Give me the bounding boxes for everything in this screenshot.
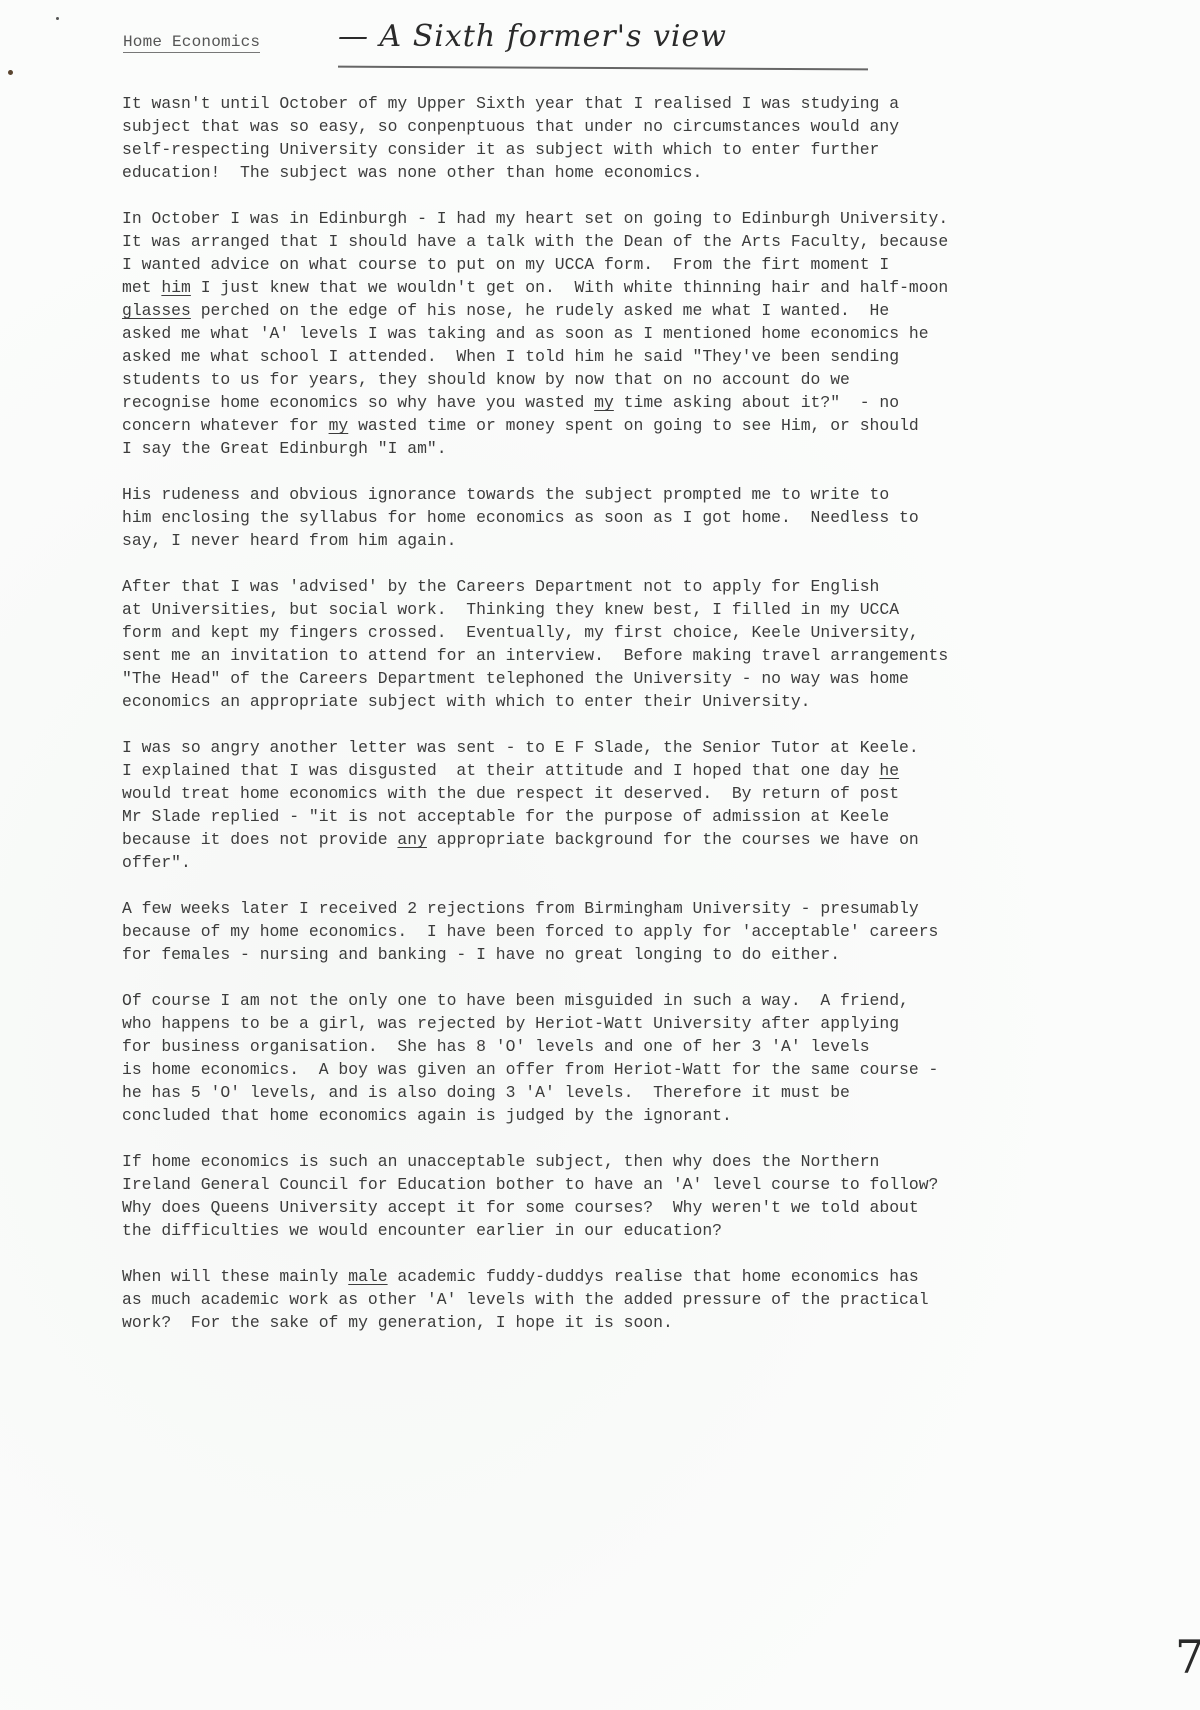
text-line: say, I never heard from him again. bbox=[122, 529, 1112, 552]
scan-speck bbox=[8, 70, 13, 75]
text-line: economics an appropriate subject with wh… bbox=[122, 690, 1112, 713]
text-line: self-respecting University consider it a… bbox=[122, 138, 1112, 161]
text-line: I explained that I was disgusted at thei… bbox=[122, 759, 1112, 782]
text-line: him enclosing the syllabus for home econ… bbox=[122, 506, 1112, 529]
text-line: at Universities, but social work. Thinki… bbox=[122, 598, 1112, 621]
paragraph: Of course I am not the only one to have … bbox=[122, 989, 1112, 1127]
text-line: Of course I am not the only one to have … bbox=[122, 989, 1112, 1012]
paragraph: His rudeness and obvious ignorance towar… bbox=[122, 483, 1112, 552]
typed-heading: Home Economics bbox=[123, 33, 260, 53]
letter-body: It wasn't until October of my Upper Sixt… bbox=[122, 92, 1112, 1357]
text-line: concluded that home economics again is j… bbox=[122, 1104, 1112, 1127]
paragraph: When will these mainly male academic fud… bbox=[122, 1265, 1112, 1334]
text-line: for females - nursing and banking - I ha… bbox=[122, 943, 1112, 966]
text-line: After that I was 'advised' by the Career… bbox=[122, 575, 1112, 598]
text-line: asked me what 'A' levels I was taking an… bbox=[122, 322, 1112, 345]
text-line: students to us for years, they should kn… bbox=[122, 368, 1112, 391]
text-line: Ireland General Council for Education bo… bbox=[122, 1173, 1112, 1196]
underlined-word: glasses bbox=[122, 301, 191, 320]
text-line: subject that was so easy, so conpenptuou… bbox=[122, 115, 1112, 138]
text-line: recognise home economics so why have you… bbox=[122, 391, 1112, 414]
paragraph: In October I was in Edinburgh - I had my… bbox=[122, 207, 1112, 460]
text-line: because of my home economics. I have bee… bbox=[122, 920, 1112, 943]
heading-row: Home Economics — A Sixth former's view bbox=[123, 25, 883, 85]
text-line: work? For the sake of my generation, I h… bbox=[122, 1311, 1112, 1334]
paragraph: I was so angry another letter was sent -… bbox=[122, 736, 1112, 874]
text-line: In October I was in Edinburgh - I had my… bbox=[122, 207, 1112, 230]
text-line: offer". bbox=[122, 851, 1112, 874]
scan-speck bbox=[56, 17, 59, 20]
text-line: Mr Slade replied - "it is not acceptable… bbox=[122, 805, 1112, 828]
text-line: sent me an invitation to attend for an i… bbox=[122, 644, 1112, 667]
underlined-word: him bbox=[161, 278, 191, 297]
paragraph: If home economics is such an unacceptabl… bbox=[122, 1150, 1112, 1242]
text-line: I was so angry another letter was sent -… bbox=[122, 736, 1112, 759]
text-line: It wasn't until October of my Upper Sixt… bbox=[122, 92, 1112, 115]
paragraph: A few weeks later I received 2 rejection… bbox=[122, 897, 1112, 966]
underlined-word: my bbox=[329, 416, 349, 435]
text-line: glasses perched on the edge of his nose,… bbox=[122, 299, 1112, 322]
underlined-word: male bbox=[348, 1267, 387, 1286]
text-line: would treat home economics with the due … bbox=[122, 782, 1112, 805]
text-line: When will these mainly male academic fud… bbox=[122, 1265, 1112, 1288]
text-line: It was arranged that I should have a tal… bbox=[122, 230, 1112, 253]
text-line: education! The subject was none other th… bbox=[122, 161, 1112, 184]
paragraph: After that I was 'advised' by the Career… bbox=[122, 575, 1112, 713]
text-line: who happens to be a girl, was rejected b… bbox=[122, 1012, 1112, 1035]
paragraph: It wasn't until October of my Upper Sixt… bbox=[122, 92, 1112, 184]
text-line: met him I just knew that we wouldn't get… bbox=[122, 276, 1112, 299]
underlined-word: he bbox=[879, 761, 899, 780]
text-line: concern whatever for my wasted time or m… bbox=[122, 414, 1112, 437]
text-line: "The Head" of the Careers Department tel… bbox=[122, 667, 1112, 690]
handwritten-title: — A Sixth former's view bbox=[338, 19, 727, 54]
text-line: form and kept my fingers crossed. Eventu… bbox=[122, 621, 1112, 644]
handwritten-underline bbox=[338, 66, 868, 71]
text-line: Why does Queens University accept it for… bbox=[122, 1196, 1112, 1219]
text-line: because it does not provide any appropri… bbox=[122, 828, 1112, 851]
underlined-word: any bbox=[397, 830, 427, 849]
text-line: is home economics. A boy was given an of… bbox=[122, 1058, 1112, 1081]
text-line: His rudeness and obvious ignorance towar… bbox=[122, 483, 1112, 506]
text-line: for business organisation. She has 8 'O'… bbox=[122, 1035, 1112, 1058]
text-line: the difficulties we would encounter earl… bbox=[122, 1219, 1112, 1242]
text-line: he has 5 'O' levels, and is also doing 3… bbox=[122, 1081, 1112, 1104]
text-line: If home economics is such an unacceptabl… bbox=[122, 1150, 1112, 1173]
text-line: as much academic work as other 'A' level… bbox=[122, 1288, 1112, 1311]
text-line: asked me what school I attended. When I … bbox=[122, 345, 1112, 368]
underlined-word: my bbox=[594, 393, 614, 412]
text-line: I say the Great Edinburgh "I am". bbox=[122, 437, 1112, 460]
text-line: I wanted advice on what course to put on… bbox=[122, 253, 1112, 276]
handwritten-page-number: 7 bbox=[1175, 1630, 1200, 1684]
text-line: A few weeks later I received 2 rejection… bbox=[122, 897, 1112, 920]
